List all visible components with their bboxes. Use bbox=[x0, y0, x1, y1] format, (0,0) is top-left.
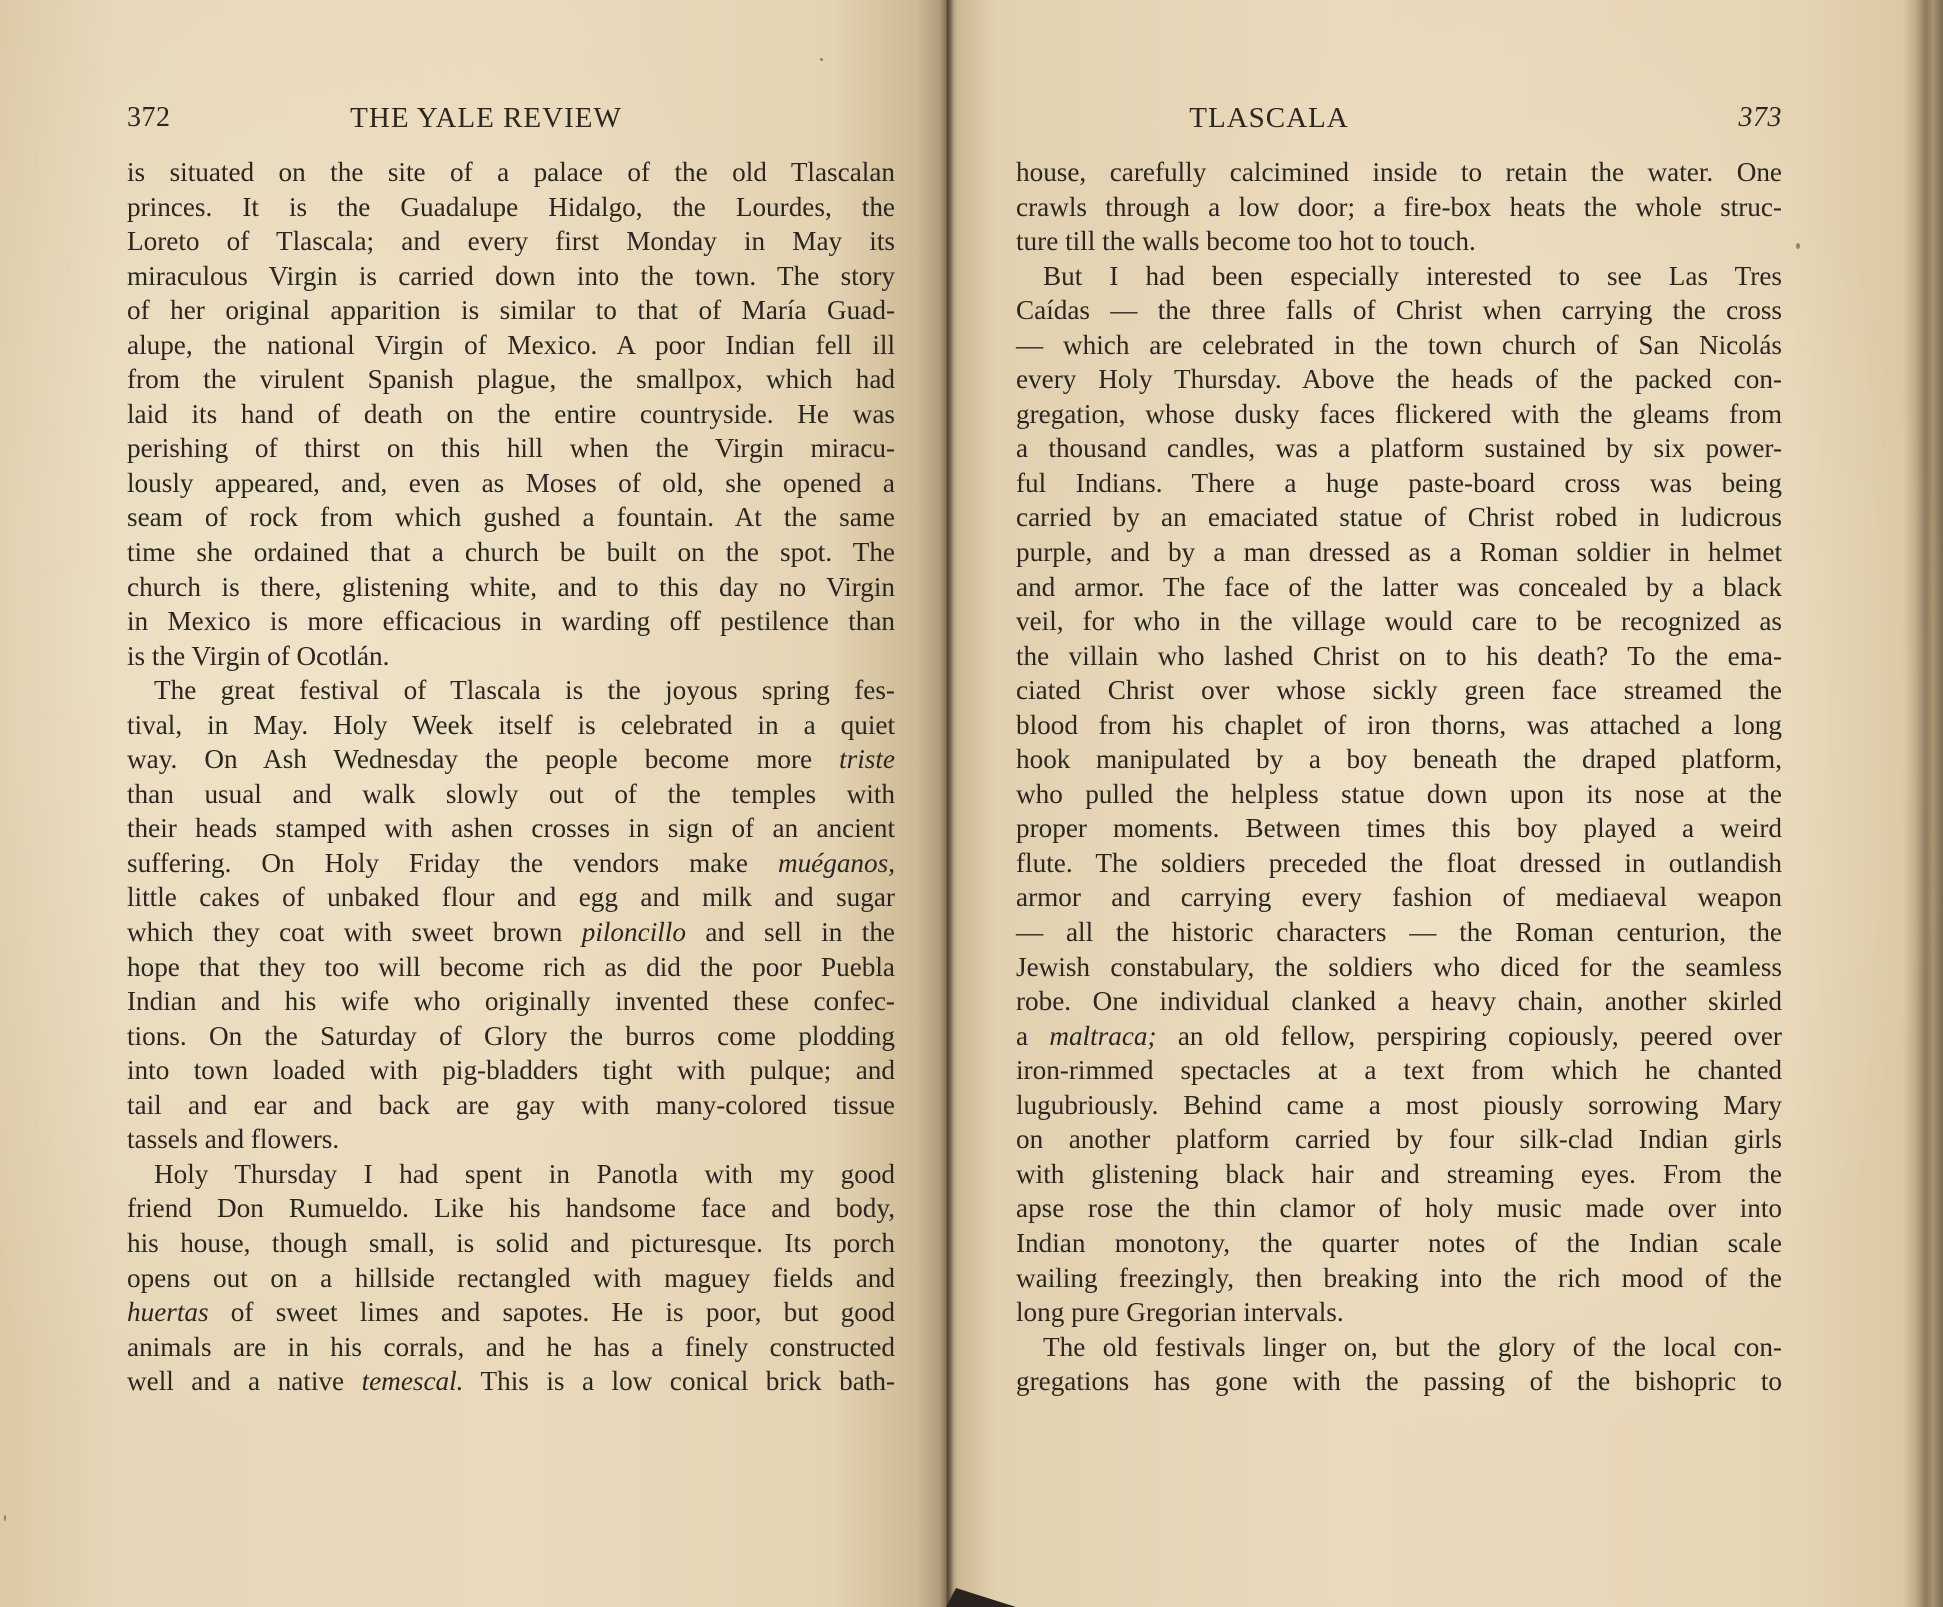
text-line: every Holy Thursday. Above the heads of … bbox=[1016, 362, 1782, 397]
text-run: Indian and his wife who originally inven… bbox=[127, 986, 895, 1016]
text-run: well and a native bbox=[127, 1366, 362, 1396]
text-line: Indian monotony, the quarter notes of th… bbox=[1016, 1226, 1782, 1261]
text-run: of sweet limes and sapotes. He is poor, … bbox=[209, 1297, 895, 1327]
text-line: way. On Ash Wednesday the people become … bbox=[127, 742, 895, 777]
text-line: than usual and walk slowly out of the te… bbox=[127, 777, 895, 812]
text-run: Caídas — the three falls of Christ when … bbox=[1016, 295, 1782, 325]
text-run: which they coat with sweet brown bbox=[127, 917, 582, 947]
text-line: laid its hand of death on the entire cou… bbox=[127, 397, 895, 432]
text-line: hook manipulated by a boy beneath the dr… bbox=[1016, 742, 1782, 777]
right-running-head: TLASCALA 373 bbox=[1016, 98, 1782, 138]
page-number-right: 373 bbox=[1739, 98, 1783, 138]
text-run: hook manipulated by a boy beneath the dr… bbox=[1016, 744, 1782, 774]
text-line: ciated Christ over whose sickly green fa… bbox=[1016, 673, 1782, 708]
text-line: huertas of sweet limes and sapotes. He i… bbox=[127, 1295, 895, 1330]
text-line: his house, though small, is solid and pi… bbox=[127, 1226, 895, 1261]
text-line: iron-rimmed spectacles at a text from wh… bbox=[1016, 1053, 1782, 1088]
text-run: But I had been especially interested to … bbox=[1043, 261, 1782, 291]
text-line: who pulled the helpless statue down upon… bbox=[1016, 777, 1782, 812]
text-line: But I had been especially interested to … bbox=[1016, 259, 1782, 294]
text-run: seam of rock from which gushed a fountai… bbox=[127, 502, 895, 532]
text-line: perishing of thirst on this hill when th… bbox=[127, 431, 895, 466]
text-line: hope that they too will become rich as d… bbox=[127, 950, 895, 985]
text-line: gregation, whose dusky faces flickered w… bbox=[1016, 397, 1782, 432]
left-body-text: is situated on the site of a palace of t… bbox=[127, 155, 895, 1399]
italic-term: maltraca; bbox=[1049, 1021, 1156, 1051]
italic-term: triste bbox=[839, 744, 895, 774]
right-body-text: house, carefully calcimined inside to re… bbox=[1016, 155, 1782, 1399]
text-run: and armor. The face of the latter was co… bbox=[1016, 572, 1782, 602]
text-run: veil, for who in the village would care … bbox=[1016, 606, 1782, 636]
text-run: with glistening black hair and streaming… bbox=[1016, 1159, 1782, 1189]
text-line: Indian and his wife who originally inven… bbox=[127, 984, 895, 1019]
text-run: robe. One individual clanked a heavy cha… bbox=[1016, 986, 1782, 1016]
text-line: The great festival of Tlascala is the jo… bbox=[127, 673, 895, 708]
text-run: — which are celebrated in the town churc… bbox=[1016, 330, 1782, 360]
text-line: veil, for who in the village would care … bbox=[1016, 604, 1782, 639]
text-run: ful Indians. There a huge paste-board cr… bbox=[1016, 468, 1782, 498]
text-run: tions. On the Saturday of Glory the burr… bbox=[127, 1021, 895, 1051]
text-line: tassels and flowers. bbox=[127, 1122, 895, 1157]
text-line: tival, in May. Holy Week itself is celeb… bbox=[127, 708, 895, 743]
text-line: Jewish constabulary, the soldiers who di… bbox=[1016, 950, 1782, 985]
italic-term: muéganos, bbox=[778, 848, 895, 878]
text-run: is situated on the site of a palace of t… bbox=[127, 157, 895, 187]
book-spread: 372 THE YALE REVIEW is situated on the s… bbox=[0, 0, 1943, 1607]
text-run: wailing freezingly, then breaking into t… bbox=[1016, 1263, 1782, 1293]
text-line: proper moments. Between times this boy p… bbox=[1016, 811, 1782, 846]
text-run: laid its hand of death on the entire cou… bbox=[127, 399, 895, 429]
text-line: tions. On the Saturday of Glory the burr… bbox=[127, 1019, 895, 1054]
text-run: tail and ear and back are gay with many-… bbox=[127, 1090, 895, 1120]
text-run: lously appeared, and, even as Moses of o… bbox=[127, 468, 895, 498]
text-run: animals are in his corrals, and he has a… bbox=[127, 1332, 895, 1362]
text-run: lugubriously. Behind came a most piously… bbox=[1016, 1090, 1782, 1120]
text-run: This is a low conical brick bath- bbox=[463, 1366, 895, 1396]
paper-speck bbox=[4, 1515, 6, 1521]
text-run: proper moments. Between times this boy p… bbox=[1016, 813, 1782, 843]
text-run: — all the historic characters — the Roma… bbox=[1016, 917, 1782, 947]
text-run: than usual and walk slowly out of the te… bbox=[127, 779, 895, 809]
text-run: hope that they too will become rich as d… bbox=[127, 952, 895, 982]
text-run: flute. The soldiers preceded the float d… bbox=[1016, 848, 1782, 878]
text-line: from the virulent Spanish plague, the sm… bbox=[127, 362, 895, 397]
text-line: princes. It is the Guadalupe Hidalgo, th… bbox=[127, 190, 895, 225]
text-run: suffering. On Holy Friday the vendors ma… bbox=[127, 848, 778, 878]
text-line: purple, and by a man dressed as a Roman … bbox=[1016, 535, 1782, 570]
text-line: lugubriously. Behind came a most piously… bbox=[1016, 1088, 1782, 1123]
text-run: of her original apparition is similar to… bbox=[127, 295, 895, 325]
text-line: apse rose the thin clamor of holy music … bbox=[1016, 1191, 1782, 1226]
text-line: The old festivals linger on, but the glo… bbox=[1016, 1330, 1782, 1365]
text-line: — all the historic characters — the Roma… bbox=[1016, 915, 1782, 950]
text-run: friend Don Rumueldo. Like his handsome f… bbox=[127, 1193, 895, 1223]
text-run: his house, though small, is solid and pi… bbox=[127, 1228, 895, 1258]
text-run: The old festivals linger on, but the glo… bbox=[1043, 1332, 1782, 1362]
italic-term: huertas bbox=[127, 1297, 209, 1327]
text-run: from the virulent Spanish plague, the sm… bbox=[127, 364, 895, 394]
text-line: Loreto of Tlascala; and every first Mond… bbox=[127, 224, 895, 259]
text-run: in Mexico is more efficacious in warding… bbox=[127, 606, 895, 636]
text-line: with glistening black hair and streaming… bbox=[1016, 1157, 1782, 1192]
text-run: blood from his chaplet of iron thorns, w… bbox=[1016, 710, 1782, 740]
text-run: their heads stamped with ashen crosses i… bbox=[127, 813, 895, 843]
text-run: on another platform carried by four silk… bbox=[1016, 1124, 1782, 1154]
text-line: blood from his chaplet of iron thorns, w… bbox=[1016, 708, 1782, 743]
text-run: Indian monotony, the quarter notes of th… bbox=[1016, 1228, 1782, 1258]
text-run: a bbox=[1016, 1021, 1049, 1051]
text-run: long pure Gregorian intervals. bbox=[1016, 1297, 1344, 1327]
text-line: — which are celebrated in the town churc… bbox=[1016, 328, 1782, 363]
text-line: tail and ear and back are gay with many-… bbox=[127, 1088, 895, 1123]
journal-title-heading: THE YALE REVIEW bbox=[187, 98, 785, 138]
text-run: the villain who lashed Christ on to his … bbox=[1016, 641, 1782, 671]
text-run: apse rose the thin clamor of holy music … bbox=[1016, 1193, 1782, 1223]
text-line: little cakes of unbaked flour and egg an… bbox=[127, 880, 895, 915]
text-line: long pure Gregorian intervals. bbox=[1016, 1295, 1782, 1330]
text-run: opens out on a hillside rectangled with … bbox=[127, 1263, 895, 1293]
text-run: ture till the walls become too hot to to… bbox=[1016, 226, 1476, 256]
text-line: flute. The soldiers preceded the float d… bbox=[1016, 846, 1782, 881]
text-line: seam of rock from which gushed a fountai… bbox=[127, 500, 895, 535]
text-run: gregations has gone with the passing of … bbox=[1016, 1366, 1782, 1396]
italic-term: piloncillo bbox=[582, 917, 686, 947]
text-run: armor and carrying every fashion of medi… bbox=[1016, 882, 1782, 912]
text-line: robe. One individual clanked a heavy cha… bbox=[1016, 984, 1782, 1019]
text-run: time she ordained that a church be built… bbox=[127, 537, 895, 567]
text-run: tival, in May. Holy Week itself is celeb… bbox=[127, 710, 895, 740]
text-line: armor and carrying every fashion of medi… bbox=[1016, 880, 1782, 915]
text-run: The great festival of Tlascala is the jo… bbox=[154, 675, 895, 705]
text-line: lously appeared, and, even as Moses of o… bbox=[127, 466, 895, 501]
text-run: crawls through a low door; a fire-box he… bbox=[1016, 192, 1782, 222]
text-line: animals are in his corrals, and he has a… bbox=[127, 1330, 895, 1365]
text-run: a thousand candles, was a platform susta… bbox=[1016, 433, 1782, 463]
left-running-head: 372 THE YALE REVIEW bbox=[127, 98, 895, 138]
paper-speck bbox=[820, 58, 823, 61]
text-run: gregation, whose dusky faces flickered w… bbox=[1016, 399, 1782, 429]
text-run: is the Virgin of Ocotlán. bbox=[127, 641, 389, 671]
text-line: ture till the walls become too hot to to… bbox=[1016, 224, 1782, 259]
text-line: is the Virgin of Ocotlán. bbox=[127, 639, 895, 674]
text-run: little cakes of unbaked flour and egg an… bbox=[127, 882, 895, 912]
text-line: house, carefully calcimined inside to re… bbox=[1016, 155, 1782, 190]
text-line: church is there, glistening white, and t… bbox=[127, 570, 895, 605]
text-run: alupe, the national Virgin of Mexico. A … bbox=[127, 330, 895, 360]
text-line: opens out on a hillside rectangled with … bbox=[127, 1261, 895, 1296]
paper-speck bbox=[1796, 243, 1800, 249]
text-run: Holy Thursday I had spent in Panotla wit… bbox=[154, 1159, 895, 1189]
text-run: into town loaded with pig-bladders tight… bbox=[127, 1055, 895, 1085]
text-line: crawls through a low door; a fire-box he… bbox=[1016, 190, 1782, 225]
text-line: ful Indians. There a huge paste-board cr… bbox=[1016, 466, 1782, 501]
text-line: and armor. The face of the latter was co… bbox=[1016, 570, 1782, 605]
text-line: a maltraca; an old fellow, perspiring co… bbox=[1016, 1019, 1782, 1054]
text-run: and sell in the bbox=[686, 917, 895, 947]
left-page: 372 THE YALE REVIEW is situated on the s… bbox=[0, 0, 946, 1607]
text-line: alupe, the national Virgin of Mexico. A … bbox=[127, 328, 895, 363]
text-run: way. On Ash Wednesday the people become … bbox=[127, 744, 839, 774]
text-run: Loreto of Tlascala; and every first Mond… bbox=[127, 226, 895, 256]
text-line: wailing freezingly, then breaking into t… bbox=[1016, 1261, 1782, 1296]
text-line: their heads stamped with ashen crosses i… bbox=[127, 811, 895, 846]
text-line: friend Don Rumueldo. Like his handsome f… bbox=[127, 1191, 895, 1226]
page-number-left: 372 bbox=[127, 98, 171, 138]
text-line: Holy Thursday I had spent in Panotla wit… bbox=[127, 1157, 895, 1192]
text-line: into town loaded with pig-bladders tight… bbox=[127, 1053, 895, 1088]
text-line: on another platform carried by four silk… bbox=[1016, 1122, 1782, 1157]
text-run: princes. It is the Guadalupe Hidalgo, th… bbox=[127, 192, 895, 222]
text-run: who pulled the helpless statue down upon… bbox=[1016, 779, 1782, 809]
article-title-heading: TLASCALA bbox=[1016, 98, 1522, 138]
text-line: of her original apparition is similar to… bbox=[127, 293, 895, 328]
text-run: every Holy Thursday. Above the heads of … bbox=[1016, 364, 1782, 394]
text-run: purple, and by a man dressed as a Roman … bbox=[1016, 537, 1782, 567]
text-run: miraculous Virgin is carried down into t… bbox=[127, 261, 895, 291]
text-line: is situated on the site of a palace of t… bbox=[127, 155, 895, 190]
text-line: gregations has gone with the passing of … bbox=[1016, 1364, 1782, 1399]
right-page: TLASCALA 373 house, carefully calcimined… bbox=[946, 0, 1943, 1607]
text-line: Caídas — the three falls of Christ when … bbox=[1016, 293, 1782, 328]
text-run: iron-rimmed spectacles at a text from wh… bbox=[1016, 1055, 1782, 1085]
backdrop-corner bbox=[946, 1588, 1016, 1607]
text-run: carried by an emaciated statue of Christ… bbox=[1016, 502, 1782, 532]
text-run: house, carefully calcimined inside to re… bbox=[1016, 157, 1782, 187]
text-line: carried by an emaciated statue of Christ… bbox=[1016, 500, 1782, 535]
text-line: in Mexico is more efficacious in warding… bbox=[127, 604, 895, 639]
text-run: ciated Christ over whose sickly green fa… bbox=[1016, 675, 1782, 705]
text-run: Jewish constabulary, the soldiers who di… bbox=[1016, 952, 1782, 982]
text-run: perishing of thirst on this hill when th… bbox=[127, 433, 895, 463]
text-run: church is there, glistening white, and t… bbox=[127, 572, 895, 602]
text-line: miraculous Virgin is carried down into t… bbox=[127, 259, 895, 294]
text-line: which they coat with sweet brown pilonci… bbox=[127, 915, 895, 950]
text-run: tassels and flowers. bbox=[127, 1124, 339, 1154]
book-gutter bbox=[940, 0, 954, 1607]
italic-term: temescal. bbox=[362, 1366, 464, 1396]
text-line: well and a native temescal. This is a lo… bbox=[127, 1364, 895, 1399]
text-line: time she ordained that a church be built… bbox=[127, 535, 895, 570]
text-line: a thousand candles, was a platform susta… bbox=[1016, 431, 1782, 466]
text-line: suffering. On Holy Friday the vendors ma… bbox=[127, 846, 895, 881]
text-line: the villain who lashed Christ on to his … bbox=[1016, 639, 1782, 674]
text-run: an old fellow, perspiring copiously, pee… bbox=[1157, 1021, 1782, 1051]
